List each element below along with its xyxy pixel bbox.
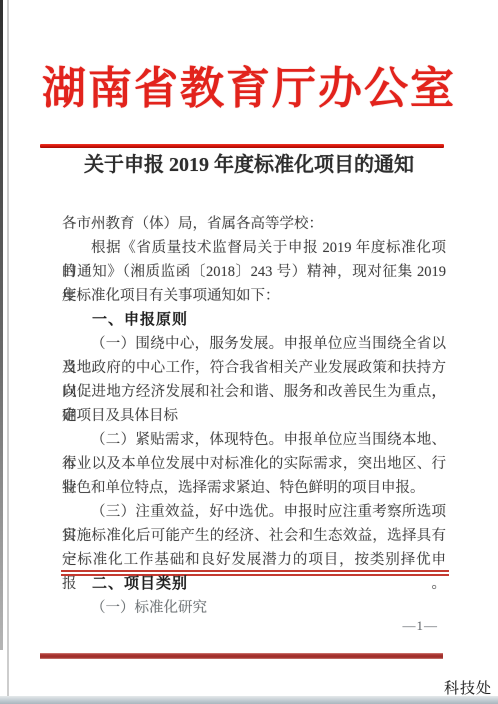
document-line: 行业以及本单位发展中对标准化的实际需求，突出地区、行业 — [62, 452, 446, 476]
document-line: 定标准化工作基础和良好发展潜力的项目，按类别择优申报。 — [62, 548, 446, 572]
document-line: 特色和单位特点，选择需求紧迫、特色鲜明的项目申报。 — [62, 476, 446, 500]
document-line: 二、项目类别 — [62, 572, 446, 596]
document-line: （一）围绕中心，服务发展。申报单位应当围绕全省以及 — [62, 332, 446, 356]
document-line: 定项目及具体目标 — [62, 404, 446, 428]
document-line: 根据《省质量技术监督局关于申报 2019 年度标准化项目 — [62, 236, 446, 260]
document-title: 关于申报 2019 年度标准化项目的通知 — [0, 152, 498, 178]
document-line: 实施标准化后可能产生的经济、社会和生态效益，选择具有一 — [62, 524, 446, 548]
document-line: 当地政府的中心工作，符合我省相关产业发展政策和扶持方向， — [62, 356, 446, 380]
letterhead-title: 湖南省教育厅办公室 — [0, 62, 498, 116]
window-bottom-edge — [0, 696, 498, 704]
scanned-document-page: 湖南省教育厅办公室 关于申报 2019 年度标准化项目的通知 各市州教育（体）局… — [0, 0, 498, 704]
document-line: （二）紧贴需求，体现特色。申报单位应当围绕本地、本 — [62, 428, 446, 452]
footer-rule — [40, 653, 443, 659]
document-line: 一、申报原则 — [62, 308, 446, 332]
page-number: —1— — [403, 618, 439, 634]
document-line: 各市州教育（体）局，省属各高等学校： — [62, 212, 446, 236]
footer-department-label: 科技处 — [444, 677, 492, 698]
document-line: 以促进地方经济发展和社会和谐、服务和改善民生为重点，确 — [62, 380, 446, 404]
document-body: 各市州教育（体）局，省属各高等学校：根据《省质量技术监督局关于申报 2019 年… — [62, 212, 446, 620]
document-line: （一）标准化研究 — [62, 596, 446, 620]
letterhead-rule — [40, 144, 444, 148]
document-line: 度标准化项目有关事项通知如下： — [62, 284, 446, 308]
document-line: 的通知》（湘质监函〔2018〕243 号）精神，现对征集 2019 年 — [62, 260, 446, 284]
document-line: （三）注重效益，好中选优。申报时应注重考察所选项目 — [62, 500, 446, 524]
